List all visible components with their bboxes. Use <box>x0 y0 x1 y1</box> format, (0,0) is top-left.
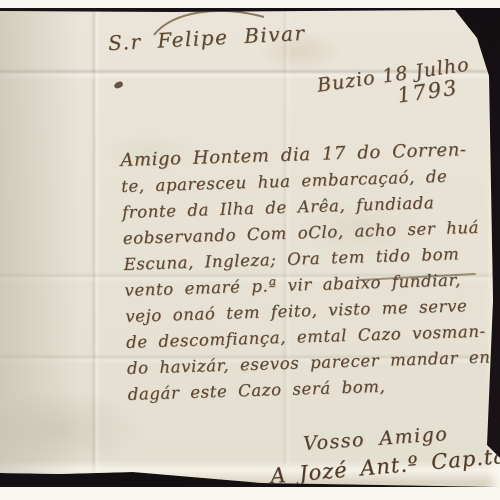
dateline: Buzio 18 Julho 1793 <box>316 54 474 119</box>
letter-paper: S.r Felipe Bivar Buzio 18 Julho 1793 Ami… <box>0 8 500 487</box>
ink-blot <box>113 81 124 90</box>
recipient-line: S.r Felipe Bivar <box>108 21 307 55</box>
letter-body: Amigo Hontem dia 17 do Corren- te, apare… <box>120 136 500 408</box>
photo-of-letter: S.r Felipe Bivar Buzio 18 Julho 1793 Ami… <box>0 8 500 487</box>
